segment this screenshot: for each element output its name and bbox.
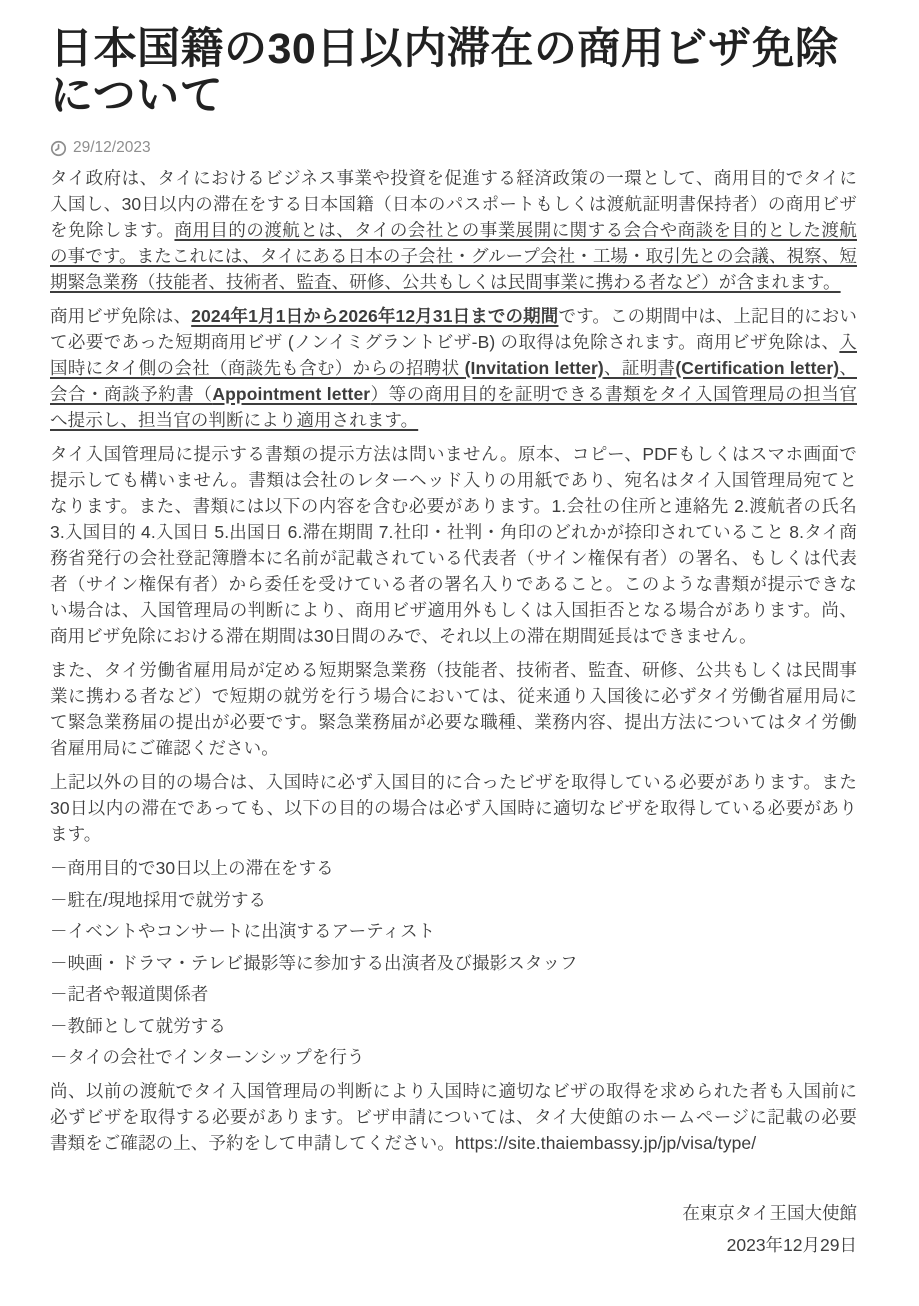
visa-info-url: https://site.thaiembassy.jp/jp/visa/type… <box>455 1133 756 1153</box>
text-segment: －駐在/現地採用で就労する <box>50 890 266 910</box>
text-segment: タイ入国管理局に提示する書類の提示方法は問いません。原本、コピー、PDFもしくは… <box>50 444 857 646</box>
clock-icon <box>50 140 67 157</box>
footer-organization: 在東京タイ王国大使館 <box>50 1200 857 1226</box>
text-segment: －教師として就労する <box>50 1016 226 1036</box>
paragraph: タイ政府は、タイにおけるビジネス事業や投資を促進する経済政策の一環として、商用目… <box>50 165 857 295</box>
paragraph: タイ入国管理局に提示する書類の提示方法は問いません。原本、コピー、PDFもしくは… <box>50 441 857 649</box>
text-segment: －記者や報道関係者 <box>50 984 208 1004</box>
document-footer: 在東京タイ王国大使館 2023年12月29日 <box>50 1200 857 1258</box>
list-item: －タイの会社でインターンシップを行う <box>50 1044 857 1070</box>
text-segment: (Certification letter) <box>675 358 839 378</box>
text-segment: －商用目的で30日以上の滞在をする <box>50 858 334 878</box>
list-item: －イベントやコンサートに出演するアーティスト <box>50 918 857 944</box>
text-segment: －タイの会社でインターンシップを行う <box>50 1047 365 1067</box>
text-segment: －イベントやコンサートに出演するアーティスト <box>50 921 435 941</box>
paragraph: また、タイ労働省雇用局が定める短期緊急業務（技能者、技術者、監査、研修、公共もし… <box>50 657 857 761</box>
list-item: －駐在/現地採用で就労する <box>50 887 857 913</box>
document-page: 日本国籍の30日以内滞在の商用ビザ免除について 29/12/2023 タイ政府は… <box>0 26 919 1274</box>
list-item: －商用目的で30日以上の滞在をする <box>50 855 857 881</box>
text-segment: 、証明書 <box>604 358 676 378</box>
article-body: タイ政府は、タイにおけるビジネス事業や投資を促進する経済政策の一環として、商用目… <box>50 165 857 1156</box>
paragraph: 上記以外の目的の場合は、入国時に必ず入国目的に合ったビザを取得している必要があり… <box>50 769 857 847</box>
text-segment: 上記以外の目的の場合は、入国時に必ず入国目的に合ったビザを取得している必要があり… <box>50 772 857 844</box>
list-item: －教師として就労する <box>50 1013 857 1039</box>
paragraph: 尚、以前の渡航でタイ入国管理局の判断により入国時に適切なビザの取得を求められた者… <box>50 1078 857 1156</box>
text-segment: Appointment letter <box>212 384 370 404</box>
page-title: 日本国籍の30日以内滞在の商用ビザ免除について <box>50 26 857 120</box>
text-segment: (Invitation letter) <box>465 358 604 378</box>
text-segment: －映画・ドラマ・テレビ撮影等に参加する出演者及び撮影スタッフ <box>50 953 578 973</box>
text-segment: 商用ビザ免除は、 <box>50 306 191 326</box>
publish-date: 29/12/2023 <box>73 139 151 157</box>
text-segment: 2024年1月1日から2026年12月31日までの期間 <box>191 306 558 326</box>
list-item: －映画・ドラマ・テレビ撮影等に参加する出演者及び撮影スタッフ <box>50 950 857 976</box>
paragraph: 商用ビザ免除は、2024年1月1日から2026年12月31日までの期間です。この… <box>50 303 857 433</box>
list-item: －記者や報道関係者 <box>50 981 857 1007</box>
publish-date-row: 29/12/2023 <box>50 139 857 157</box>
text-segment: また、タイ労働省雇用局が定める短期緊急業務（技能者、技術者、監査、研修、公共もし… <box>50 660 857 758</box>
footer-date: 2023年12月29日 <box>50 1232 857 1258</box>
